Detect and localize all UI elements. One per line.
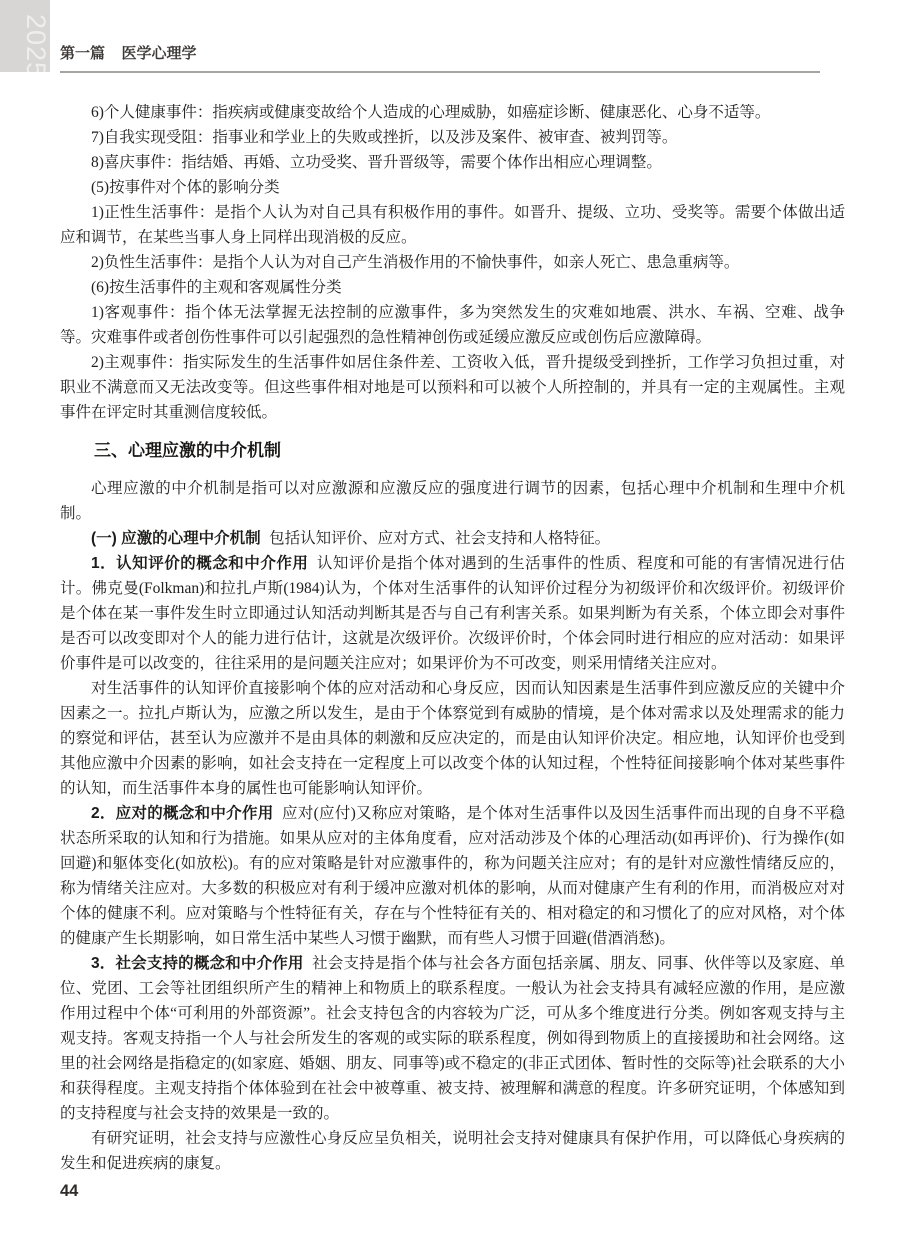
paragraph: 2．应对的概念和中介作用应对(应付)又称应对策略，是个体对生活事件以及因生活事件… xyxy=(60,801,845,951)
part-label: 第一篇 xyxy=(60,45,105,62)
paragraph: 1)客观事件：指个体无法掌握无法控制的应激事件，多为突然发生的灾难如地震、洪水、… xyxy=(60,300,845,350)
paragraph: 1．认知评价的概念和中介作用认知评价是指个体对遇到的生活事件的性质、程度和可能的… xyxy=(60,551,845,676)
paragraph-lead: 2．应对的概念和中介作用 xyxy=(91,805,274,822)
part-title: 医学心理学 xyxy=(122,45,197,62)
paragraph: 心理应激的中介机制是指可以对应激源和应激反应的强度进行调节的因素，包括心理中介机… xyxy=(60,476,845,526)
body-content: 6)个人健康事件：指疾病或健康变故给个人造成的心理威胁，如癌症诊断、健康恶化、心… xyxy=(60,100,845,1176)
paragraph: (一) 应激的心理中介机制包括认知评价、应对方式、社会支持和人格特征。 xyxy=(60,526,845,551)
book-page: 2025 第一篇医学心理学 6)个人健康事件：指疾病或健康变故给个人造成的心理威… xyxy=(0,0,900,1241)
year-edition-tab: 2025 xyxy=(0,0,50,72)
paragraph: (5)按事件对个体的影响分类 xyxy=(60,175,845,200)
year-edition-label: 2025 xyxy=(22,14,49,72)
paragraph: (6)按生活事件的主观和客观属性分类 xyxy=(60,275,845,300)
paragraph: 7)自我实现受阻：指事业和学业上的失败或挫折，以及涉及案件、被审查、被判罚等。 xyxy=(60,125,845,150)
paragraph: 有研究证明，社会支持与应激性心身反应呈负相关，说明社会支持对健康具有保护作用，可… xyxy=(60,1126,845,1176)
paragraph: 6)个人健康事件：指疾病或健康变故给个人造成的心理威胁，如癌症诊断、健康恶化、心… xyxy=(60,100,845,125)
paragraph: 3．社会支持的概念和中介作用社会支持是指个体与社会各方面包括亲属、朋友、同事、伙… xyxy=(60,951,845,1126)
page-number: 44 xyxy=(60,1182,78,1201)
paragraph-lead: 3．社会支持的概念和中介作用 xyxy=(91,955,304,972)
paragraph: 2)负性生活事件：是指个人认为对自己产生消极作用的不愉快事件，如亲人死亡、患急重… xyxy=(60,250,845,275)
paragraph: 2)主观事件：指实际发生的生活事件如居住条件差、工资收入低，晋升提级受到挫折，工… xyxy=(60,350,845,425)
section-heading: 三、心理应激的中介机制 xyxy=(60,438,845,463)
running-head: 第一篇医学心理学 xyxy=(60,42,820,73)
paragraph: 1)正性生活事件：是指个人认为对自己具有积极作用的事件。如晋升、提级、立功、受奖… xyxy=(60,200,845,250)
paragraph: 对生活事件的认知评价直接影响个体的应对活动和心身反应，因而认知因素是生活事件到应… xyxy=(60,676,845,801)
paragraph: 8)喜庆事件：指结婚、再婚、立功受奖、晋升晋级等，需要个体作出相应心理调整。 xyxy=(60,150,845,175)
paragraph-lead: 1．认知评价的概念和中介作用 xyxy=(91,555,308,572)
paragraph-lead: (一) 应激的心理中介机制 xyxy=(91,530,261,547)
